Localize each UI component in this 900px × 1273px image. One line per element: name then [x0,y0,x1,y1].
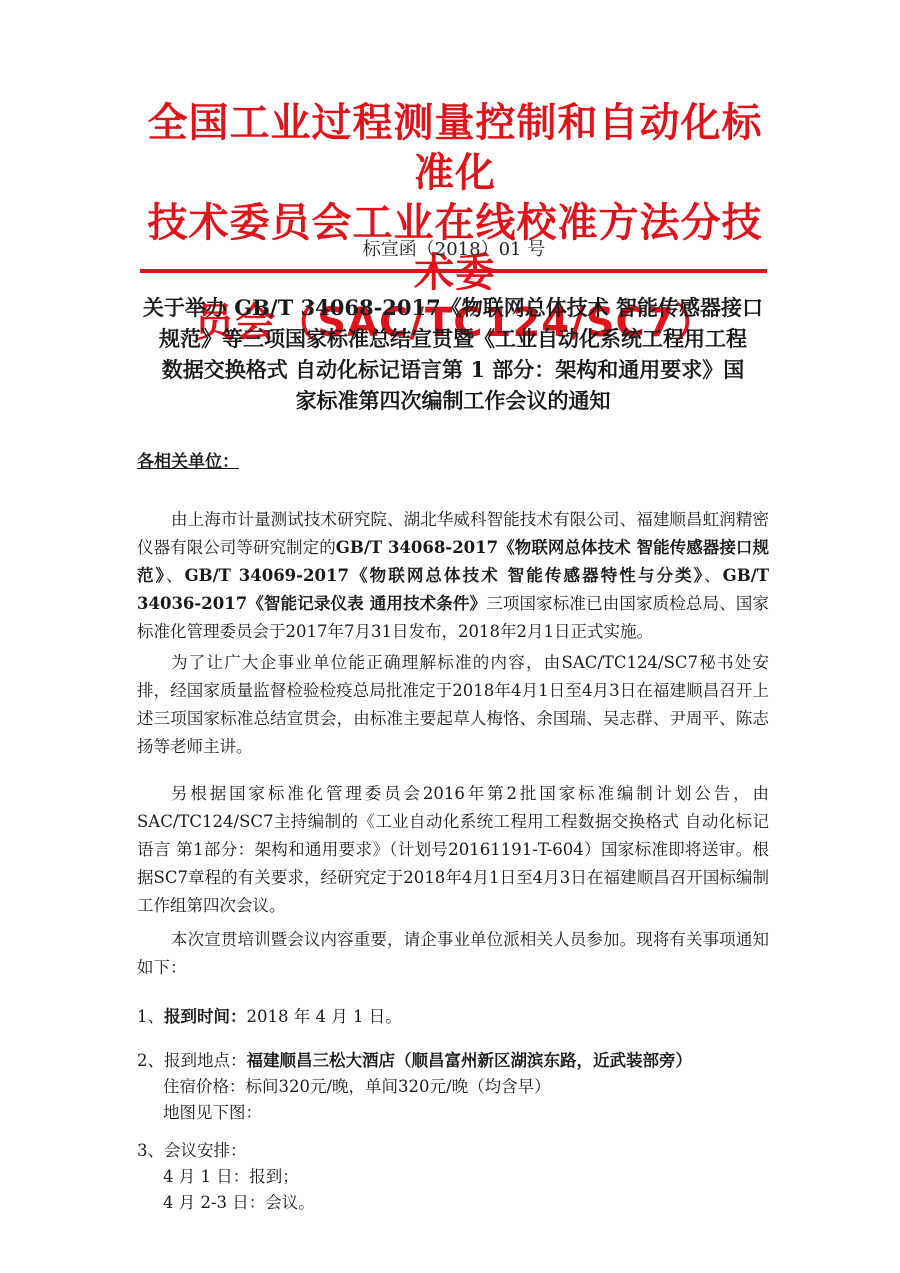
notice-title-line-4: 家标准第四次编制工作会议的通知 [137,385,769,416]
p1-standard-34069: GB/T 34069-2017《物联网总体技术 智能传感器特性与分类》 [185,566,705,585]
item1-label: 报到时间 [164,1007,230,1026]
schedule-day-1: 4 月 1 日：报到； [137,1164,777,1190]
schedule-day-2-3: 4 月 2-3 日：会议。 [137,1190,777,1216]
item3-heading: 3、会议安排： [137,1138,777,1164]
p1-separator-2: 、 [704,566,723,585]
document-page: 全国工业过程测量控制和自动化标准化 技术委员会工业在线校准方法分技术委 员会（S… [0,0,900,1273]
paragraph-working-meeting: 另根据国家标准化管理委员会2016年第2批国家标准编制计划公告，由SAC/TC1… [137,780,769,920]
salutation-text: 各相关单位 [137,452,222,472]
document-number: 标宣函（2018）01 号 [140,238,768,262]
paragraph-standards-release: 由上海市计量测试技术研究院、湖北华威科智能技术有限公司、福建顺昌虹润精密仪器有限… [137,506,769,646]
notice-title-line-1: 关于举办 GB/T 34068-2017《物联网总体技术 智能传感器接口 [137,292,769,323]
item2-price: 住宿价格：标间320元/晚，单间320元/晚（均含早） [137,1074,777,1100]
item3-number: 3、 [137,1141,164,1160]
salutation: 各相关单位： [137,450,239,474]
notice-title: 关于举办 GB/T 34068-2017《物联网总体技术 智能传感器接口 规范》… [137,292,769,416]
notice-title-line-3: 数据交换格式 自动化标记语言第 1 部分：架构和通用要求》国 [137,354,769,385]
salutation-colon: ： [222,452,239,472]
item2-label: 报到地点： [164,1051,247,1070]
item3-label: 会议安排： [164,1141,247,1160]
item1-colon: ： [230,1007,247,1026]
paragraph-attendance-request: 本次宣贯培训暨会议内容重要，请企事业单位派相关人员参加。现将有关事项通知如下： [137,926,769,982]
item1-value: 2018 年 4 月 1 日。 [247,1007,402,1026]
p1-separator-1: 、 [166,566,185,585]
red-divider-rule [140,269,767,273]
paragraph-training-arrangement: 为了让广大企事业单位能正确理解标准的内容，由SAC/TC124/SC7秘书处安排… [137,649,769,761]
item2-heading: 2、报到地点：福建顺昌三松大酒店（顺昌富州新区湖滨东路，近武装部旁） [137,1048,777,1074]
item2-hotel: 福建顺昌三松大酒店（顺昌富州新区湖滨东路，近武装部旁） [247,1051,693,1070]
item-meeting-schedule: 3、会议安排： 4 月 1 日：报到； 4 月 2-3 日：会议。 [137,1138,777,1216]
item-registration-time: 1、报到时间：2018 年 4 月 1 日。 [137,1004,777,1030]
item2-map-note: 地图见下图： [137,1100,777,1126]
item-registration-location: 2、报到地点：福建顺昌三松大酒店（顺昌富州新区湖滨东路，近武装部旁） 住宿价格：… [137,1048,777,1126]
item1-number: 1、 [137,1007,164,1026]
item2-number: 2、 [137,1051,164,1070]
notice-title-line-2: 规范》等三项国家标准总结宣贯暨《工业自动化系统工程用工程 [137,323,769,354]
org-title-line-1: 全国工业过程测量控制和自动化标准化 [130,98,780,198]
